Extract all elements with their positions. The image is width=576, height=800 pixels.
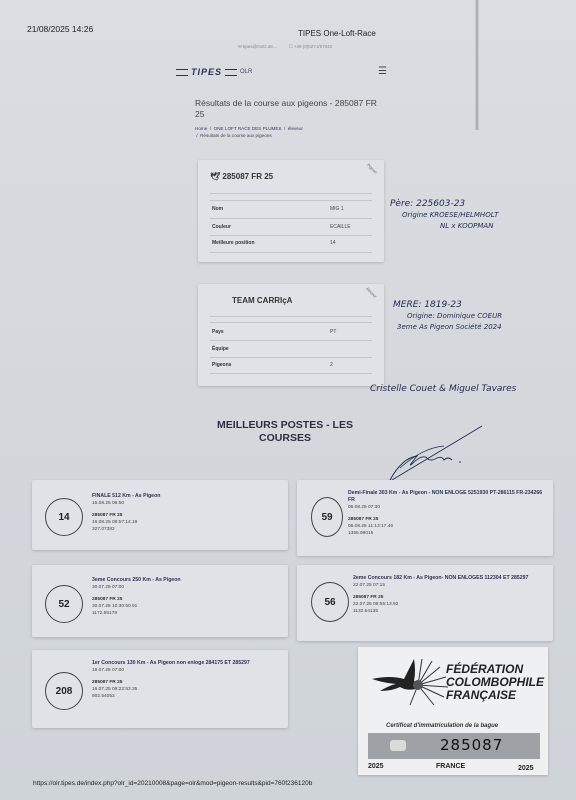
- fcf-name: FÉDÉRATION COLOMBOPHILE FRANÇAISE: [446, 663, 544, 702]
- race-arrival: 16.07.25 09:22:53.35: [92, 686, 280, 693]
- divider: [210, 373, 372, 374]
- race-velocity: 1172.55178: [92, 610, 280, 617]
- race-release: 30.07.25 07:00: [92, 584, 280, 591]
- breadcrumb-breeder[interactable]: éleveur: [288, 126, 303, 131]
- position-badge: 52: [45, 585, 83, 623]
- tipes-logo[interactable]: TIPES OLR: [176, 67, 252, 77]
- handwritten-mother-note: MERE: 1819-23 Origine: Dominique COEUR 3…: [393, 300, 502, 333]
- print-datetime: 21/08/2025 14:26: [27, 24, 93, 34]
- race-velocity: 902.54053: [92, 693, 280, 700]
- race-info: FINALE 512 Km - As Pigeon 15.08.25 06:50…: [92, 493, 280, 533]
- race-arrival: 22.07.25 09:55:13.92: [353, 601, 545, 608]
- divider: [210, 218, 372, 219]
- breeder-ribbon: éleveur: [365, 286, 378, 299]
- divider: [210, 200, 372, 201]
- pigeon-card: Pigeon 🕊 285087 FR 25 NomMIG 1 CouleurEC…: [198, 160, 384, 262]
- race-velocity: 1132.54135: [353, 608, 545, 615]
- breeder-heading[interactable]: TEAM CARRIçA: [232, 296, 292, 305]
- contact-email[interactable]: ✉ tipes@mstz.de...: [238, 44, 277, 50]
- race-result-card[interactable]: 208 1er Concours 130 Km - As Pigeon non …: [32, 650, 288, 728]
- breeder-row-pigeons: Pigeons2: [212, 362, 370, 368]
- race-pigeon: 285087 FR 25: [353, 594, 545, 601]
- ring-certificate: FÉDÉRATION COLOMBOPHILE FRANÇAISE Certif…: [358, 647, 548, 775]
- year-right: 2025: [518, 765, 534, 772]
- pigeon-ribbon: Pigeon: [366, 162, 378, 174]
- race-pigeon: 285087 FR 25: [348, 516, 545, 523]
- breadcrumb: Home / ONE LOFT RACE DES PLUMES / éleveu…: [195, 125, 395, 139]
- race-pigeon: 285087 FR 25: [92, 596, 280, 603]
- print-footer-url: https://olr.tipes.de/index.php?olr_id=20…: [33, 780, 358, 787]
- race-arrival: 06.08.25 11:13:17.46: [348, 523, 545, 530]
- contact-bar: ✉ tipes@mstz.de... ☐ +49 (0)5271/97040: [238, 44, 332, 50]
- ring-number: 285087: [440, 736, 503, 754]
- race-pigeon: 285087 FR 25: [92, 512, 280, 519]
- race-release: 16.07.25 07:00: [92, 667, 280, 674]
- breadcrumb-current: Résultats de la course aux pigeons: [200, 133, 272, 138]
- race-info: 2eme Concours 182 Km - As Pigeon- NON EN…: [353, 575, 545, 615]
- race-result-card[interactable]: 52 3eme Concours 250 Km - As Pigeon 30.0…: [32, 565, 288, 637]
- race-release: 15.08.25 06:50: [92, 500, 280, 507]
- ring-country: FRANCE: [436, 763, 465, 770]
- printed-page: 21/08/2025 14:26 TIPES One-Loft-Race ✉ t…: [0, 0, 576, 800]
- section-title: MEILLEURS POSTES - LES COURSES: [210, 419, 360, 445]
- pigeon-heading: 🕊 285087 FR 25: [210, 172, 273, 181]
- race-info: 1er Concours 130 Km - As Pigeon non enlo…: [92, 660, 280, 700]
- divider: [210, 193, 372, 194]
- pigeon-row-best-position: Meilleure position14: [212, 240, 370, 246]
- breeder-row-country: PaysPT: [212, 329, 370, 335]
- divider: [210, 235, 372, 236]
- race-arrival: 16.08.25 08:57:14.19: [92, 519, 280, 526]
- race-result-card[interactable]: 56 2eme Concours 182 Km - As Pigeon- NON…: [297, 565, 553, 641]
- race-velocity: 327.07382: [92, 526, 280, 533]
- divider: [210, 322, 372, 323]
- certificate-caption: Certificat d'immatriculation de la bague: [386, 723, 498, 729]
- race-title: 2eme Concours 182 Km - As Pigeon- NON EN…: [353, 575, 545, 582]
- site-title: TIPES One-Loft-Race: [298, 29, 376, 38]
- fcf-pigeon-logo-icon: [370, 657, 450, 707]
- year-left: 2025: [368, 763, 384, 770]
- race-result-card[interactable]: 59 Demi-Finale 303 Km - As Pigeon - NON …: [297, 480, 553, 556]
- divider: [210, 316, 372, 317]
- pigeon-icon: 🕊: [210, 172, 220, 181]
- page-title: Résultats de la course aux pigeons - 285…: [195, 98, 385, 120]
- divider: [210, 252, 372, 253]
- paper-fold-mark: [475, 0, 479, 130]
- position-badge: 56: [311, 582, 349, 622]
- position-badge: 59: [311, 497, 343, 537]
- breadcrumb-home[interactable]: Home: [195, 126, 207, 131]
- signature: [382, 418, 492, 488]
- breeder-row-team: Équipe: [212, 346, 370, 352]
- pigeon-row-color: CouleurECAILLE: [212, 224, 370, 230]
- logo-stripes-icon: [176, 69, 188, 76]
- breeder-card: éleveur TEAM CARRIçA PaysPT Équipe Pigeo…: [198, 284, 384, 386]
- pigeon-row-name: NomMIG 1: [212, 206, 370, 212]
- fcf-mini-logo-icon: [390, 740, 406, 751]
- contact-phone[interactable]: ☐ +49 (0)5271/97040: [289, 44, 332, 50]
- race-arrival: 30.07.25 10:30:50.91: [92, 603, 280, 610]
- race-title: 3eme Concours 250 Km - As Pigeon: [92, 577, 280, 584]
- position-badge: 14: [45, 498, 83, 536]
- ring-number-band: 285087: [368, 733, 540, 759]
- race-release: 22.07.25 07:15: [353, 582, 545, 589]
- race-title: FINALE 512 Km - As Pigeon: [92, 493, 280, 500]
- breadcrumb-race[interactable]: ONE LOFT RACE DES PLUMES: [214, 126, 282, 131]
- race-release: 06.08.25 07:30: [348, 504, 545, 511]
- position-badge: 208: [45, 672, 83, 710]
- handwritten-father-note: Père: 225603-23 Origine KROESE/HELMHOLT …: [390, 199, 498, 232]
- logo-stripes-icon: [225, 69, 237, 76]
- race-info: 3eme Concours 250 Km - As Pigeon 30.07.2…: [92, 577, 280, 617]
- handwritten-owners: Cristelle Couet & Miguel Tavares: [370, 384, 516, 395]
- race-info: Demi-Finale 303 Km - As Pigeon - NON ENL…: [348, 490, 545, 537]
- race-result-card[interactable]: 14 FINALE 512 Km - As Pigeon 15.08.25 06…: [32, 480, 288, 550]
- race-title: Demi-Finale 303 Km - As Pigeon - NON ENL…: [348, 490, 545, 504]
- race-pigeon: 285087 FR 25: [92, 679, 280, 686]
- race-velocity: 1355.99015: [348, 530, 545, 537]
- divider: [210, 357, 372, 358]
- race-title: 1er Concours 130 Km - As Pigeon non enlo…: [92, 660, 280, 667]
- divider: [210, 340, 372, 341]
- hamburger-menu-icon[interactable]: ☰: [378, 66, 387, 77]
